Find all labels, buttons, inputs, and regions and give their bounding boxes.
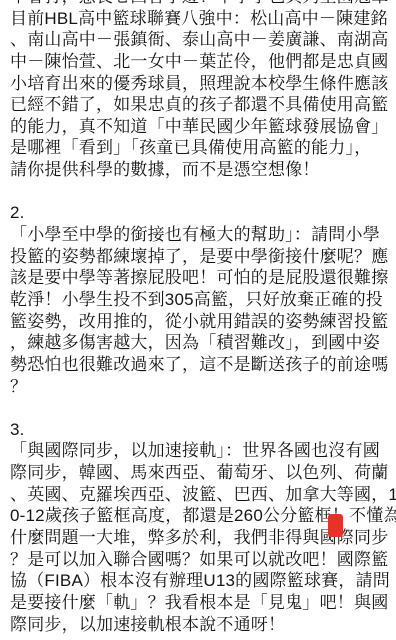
text-line: 勢恐怕也很難改過來了，這不是斷送孩子的前途嗎 — [10, 354, 394, 376]
document-text: 不會打，憑良心回答手遊！不學手也具夠全國冠軍目前HBL高中籃球聯賽八強中：松山高… — [10, 0, 394, 635]
text-line: ？是可以加入聯合國嗎？如果可以就改吧！國際籃 — [10, 549, 394, 571]
text-line: ，練越多傷害越大，因為「積習難改」，到國中姿 — [10, 332, 394, 354]
text-line: 投籃的姿勢都練壞掉了，是要中學銜接什麼呢？應 — [10, 246, 394, 268]
text-line: 籃姿勢，改用推的，從小就用錯誤的姿勢練習投籃 — [10, 311, 394, 333]
text-line: 「小學至中學的銜接也有極大的幫助」：請問小學 — [10, 224, 394, 246]
text-line: 的能力，真不知道「中華民國少年籃球發展協會」 — [10, 116, 394, 138]
red-marker-annotation — [328, 514, 343, 537]
text-line: 「與國際同步，以加速接軌」：世界各國也沒有國 — [10, 440, 394, 462]
text-line: 際同步，以加速接軌根本說不通呀！ — [10, 614, 394, 636]
text-line: 該是要中學等著擦屁股吧！可怕的是屁股還很難擦 — [10, 267, 394, 289]
text-line: 乾淨！小學生投不到305高籃，只好放棄正確的投 — [10, 289, 394, 311]
text-line: 是要接什麼「軌」？我看根本是「見鬼」吧！與國 — [10, 592, 394, 614]
text-line: 中－陳怡萱、北一女中－葉芷伶，他們都是忠貞國 — [10, 51, 394, 73]
text-line: 、英國、克羅埃西亞、波籃、巴西、加拿大等國，1 — [10, 484, 394, 506]
text-line: 、南山高中－張鎮衙、泰山高中－姜廣謙、南湖高 — [10, 29, 394, 51]
screenshot-root: { "page": { "background": "#ffffff", "te… — [0, 0, 396, 640]
text-line: 是哪裡「看到」「孩童已具備使用高籃的能力」， — [10, 137, 394, 159]
text-line: 不會打，憑良心回答手遊！不學手也具夠全國冠軍 — [10, 0, 394, 8]
text-line: ？ — [10, 376, 394, 398]
text-line: 已經不錯了，如果忠貞的孩子都還不具備使用高籃 — [10, 94, 394, 116]
text-line: 小培育出來的優秀球員，照理說本校學生條件應該 — [10, 73, 394, 95]
text-line: 協（FIBA）根本沒有辦理U13的國際籃球賽，請問 — [10, 570, 394, 592]
text-line: 目前HBL高中籃球聯賽八強中：松山高中－陳建銘 — [10, 8, 394, 30]
text-line — [10, 397, 394, 419]
text-line: 際同步，韓國、馬來西亞、葡萄牙、以色列、荷蘭 — [10, 462, 394, 484]
text-line: 請你提供科學的數據，而不是憑空想像！ — [10, 159, 394, 181]
document-page: 不會打，憑良心回答手遊！不學手也具夠全國冠軍目前HBL高中籃球聯賽八強中：松山高… — [0, 0, 396, 640]
text-line: 2. — [10, 202, 394, 224]
text-line — [10, 181, 394, 203]
text-line: 3. — [10, 419, 394, 441]
